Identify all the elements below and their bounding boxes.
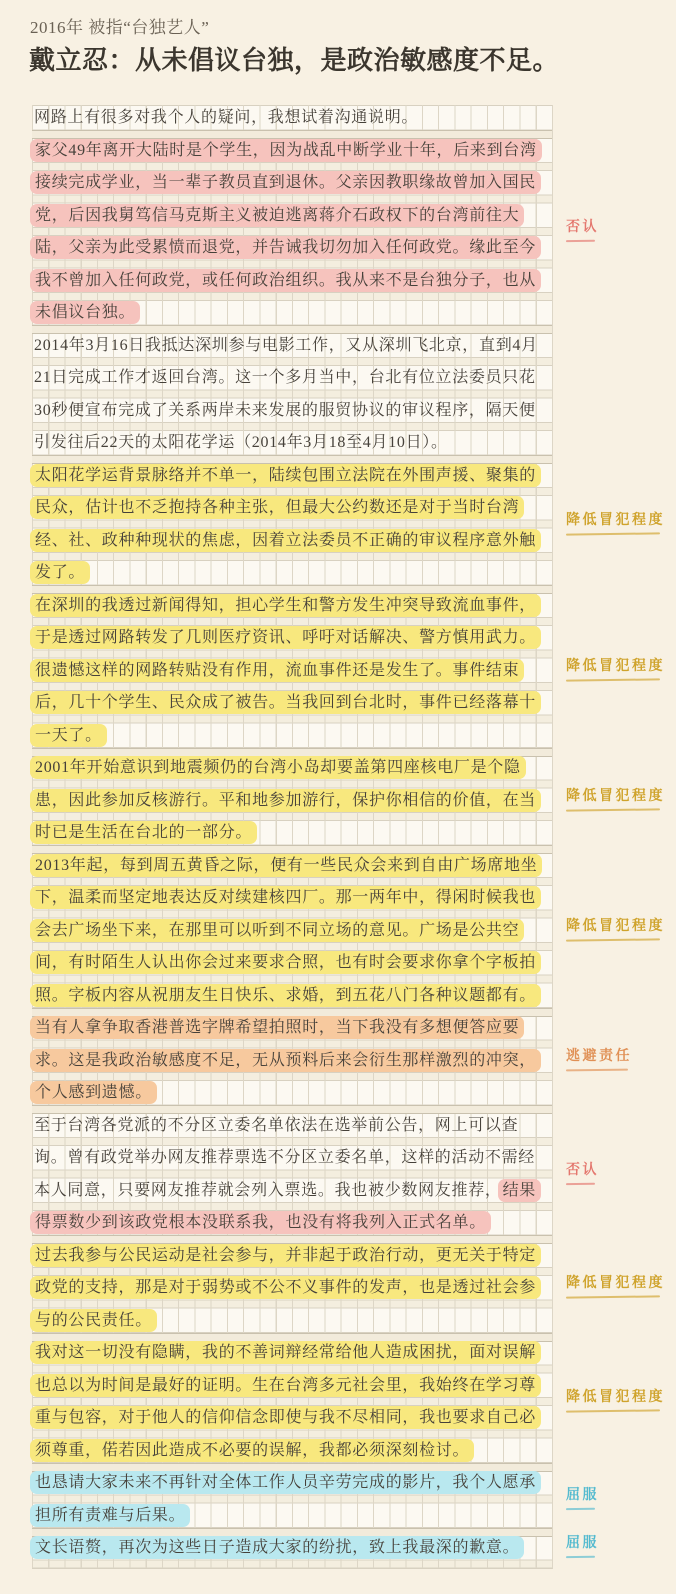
annotation-label: 否认 [566, 220, 599, 235]
text-line: 也恳请大家未来不再针对全体工作人员辛劳完成的影片，我个人愿承 [34, 1471, 536, 1496]
annotation-label: 降低冒犯程度 [566, 513, 665, 528]
annotation-label: 屈服 [566, 1488, 599, 1503]
text-line: 我不曾加入任何政党，或任何政治组织。我从来不是台独分子，也从 [34, 269, 536, 294]
annotation-underline [566, 240, 595, 242]
highlighted-text-segment: 未倡议台独。 [30, 301, 140, 324]
margin-annotation-minimize: 降低冒犯程度 [566, 788, 665, 811]
text-line: 至于台湾各党派的不分区立委名单依法在选举前公告，网上可以查 [34, 1114, 518, 1139]
text-line: 民众，估计也不乏抱持各种主张，但最大公约数还是对于当时台湾 [34, 496, 519, 521]
highlighted-text-segment: 后，几十个学生、民众成了被告。当我回到台北时，事件已经落幕十 [30, 691, 541, 714]
annotation-underline [566, 678, 660, 681]
highlighted-text-segment: 也恳请大家未来不再针对全体工作人员辛劳完成的影片，我个人愿承 [30, 1471, 541, 1494]
highlighted-text-segment: 经、社、政种种现状的焦虑，因着立法委员不正确的审议程序意外触 [30, 529, 541, 552]
text-line: 得票数少到该政党根本没联系我，也没有将我列入正式名单。 [34, 1211, 486, 1236]
annotation-underline [566, 1507, 595, 1509]
text-line: 下，温柔而坚定地表达反对续建核四厂。那一两年中，得闲时候我也 [34, 886, 536, 911]
text-line: 很遗憾这样的网路转贴没有作用，流血事件还是发生了。事件结束 [34, 659, 519, 684]
highlighted-text-segment: 我对这一切没有隐瞒，我的不善词辩经常给他人造成困扰，面对误解 [30, 1341, 541, 1364]
highlighted-text-segment: 个人感到遗憾。 [30, 1081, 157, 1104]
annotation-label: 降低冒犯程度 [566, 1390, 665, 1405]
text-line: 21日完成工作才返回台湾。这一个多月当中，台北有位立法委员只花 [34, 366, 536, 391]
text-line: 须尊重，偌若因此造成不必要的误解，我都必须深刻检讨。 [34, 1439, 469, 1464]
text-line: 当有人拿争取香港普选字牌希望拍照时，当下我没有多想便答应要 [34, 1016, 519, 1041]
text-line: 接续完成学业，当一辈子教员直到退休。父亲因教职缘故曾加入国民 [34, 171, 536, 196]
text-segment: 网路上有很多对我个人的疑问，我想试着沟通说明。 [34, 109, 418, 126]
margin-annotation-minimize: 降低冒犯程度 [566, 1275, 665, 1298]
text-line: 过去我参与公民运动是社会参与，并非起于政治行动，更无关于特定 [34, 1244, 536, 1269]
text-segment: 引发往后22天的太阳花学运（2014年3月18至4月10日）。 [34, 434, 448, 451]
text-line: 求。这是我政治敏感度不足，无从预料后来会衍生那样激烈的冲突， [34, 1049, 536, 1074]
text-line: 引发往后22天的太阳花学运（2014年3月18至4月10日）。 [34, 431, 448, 456]
annotation-label: 降低冒犯程度 [566, 1276, 665, 1291]
text-line: 政党的支持，那是对于弱势或不公不义事件的发声，也是透过社会参 [34, 1276, 536, 1301]
text-line: 2013年起，每到周五黄昏之际，便有一些民众会来到自由广场席地坐 [34, 854, 537, 879]
text-line: 发了。 [34, 561, 85, 586]
highlighted-text-segment: 须尊重，偌若因此造成不必要的误解，我都必须深刻检讨。 [30, 1439, 474, 1462]
highlighted-text-segment: 文长语赘，再次为这些日子造成大家的纷扰，致上我最深的歉意。 [30, 1536, 524, 1559]
page-title: 戴立忍：从未倡议台独，是政治敏感度不足。 [29, 40, 559, 77]
margin-annotation-evade: 逃避责任 [566, 1048, 632, 1071]
highlighted-text-segment: 2013年起，每到周五黄昏之际，便有一些民众会来到自由广场席地坐 [30, 854, 542, 877]
highlighted-text-segment: 发了。 [30, 561, 90, 584]
text-line: 文长语赘，再次为这些日子造成大家的纷扰，致上我最深的歉意。 [34, 1536, 519, 1561]
text-line: 2014年3月16日我抵达深圳参与电影工作，又从深圳飞北京，直到4月 [34, 334, 538, 359]
text-segment: 本人同意，只要网友推荐就会列入票选。我也被少数网友推荐， [34, 1182, 502, 1199]
highlighted-text-segment: 间，有时陌生人认出你会过来要求合照，也有时会要求你拿个字板拍 [30, 951, 541, 974]
text-line: 于是透过网路转发了几则医疗资讯、呼吁对话解决、警方慎用武力。 [34, 626, 536, 651]
highlighted-text-segment: 于是透过网路转发了几则医疗资讯、呼吁对话解决、警方慎用武力。 [30, 626, 541, 649]
text-segment: 询。曾有政党举办网友推荐票选不分区立委名单，这样的活动不需经 [34, 1149, 535, 1166]
highlighted-text-segment: 时已是生活在台北的一部分。 [30, 821, 257, 844]
text-segment: 2014年3月16日我抵达深圳参与电影工作，又从深圳飞北京，直到4月 [34, 337, 538, 354]
annotation-underline [566, 1409, 660, 1412]
text-line: 询。曾有政党举办网友推荐票选不分区立委名单，这样的活动不需经 [34, 1146, 535, 1171]
text-line: 间，有时陌生人认出你会过来要求合照，也有时会要求你拿个字板拍 [34, 951, 536, 976]
text-line: 陆，父亲为此受累愤而退党，并告诫我切勿加入任何政党。缘此至今 [34, 236, 536, 261]
text-line: 太阳花学运背景脉络并不单一，陆续包围立法院在外围声援、聚集的 [34, 464, 536, 489]
margin-annotation-minimize: 降低冒犯程度 [566, 918, 665, 941]
margin-annotation-deny: 否认 [566, 219, 599, 242]
highlighted-text-segment: 得票数少到该政党根本没联系我，也没有将我列入正式名单。 [30, 1211, 491, 1234]
text-line: 经、社、政种种现状的焦虑，因着立法委员不正确的审议程序意外触 [34, 529, 536, 554]
annotation-underline [566, 938, 660, 941]
highlighted-text-segment: 党，后因我舅笃信马克斯主义被迫逃离蒋介石政权下的台湾前往大 [30, 204, 524, 227]
text-line: 未倡议台独。 [34, 301, 135, 326]
highlighted-text-segment: 结果 [498, 1179, 541, 1202]
text-line: 与的公民责任。 [34, 1309, 152, 1334]
text-line: 会去广场坐下来，在那里可以听到不同立场的意见。广场是公共空 [34, 919, 519, 944]
highlighted-text-segment: 担所有责难与后果。 [30, 1504, 190, 1527]
annotation-underline [566, 1296, 660, 1299]
kicker-label: 2016年 被指“台独艺人” [30, 13, 209, 38]
text-line: 家父49年离开大陆时是个学生，因为战乱中断学业十年，后来到台湾 [34, 139, 537, 164]
annotation-label: 降低冒犯程度 [566, 919, 665, 934]
margin-annotation-minimize: 降低冒犯程度 [566, 512, 665, 535]
annotation-underline [566, 1182, 595, 1184]
margin-annotation-deny: 否认 [566, 1162, 599, 1185]
text-line: 一天了。 [34, 724, 102, 749]
highlighted-text-segment: 太阳花学运背景脉络并不单一，陆续包围立法院在外围声援、聚集的 [30, 464, 541, 487]
highlighted-text-segment: 家父49年离开大陆时是个学生，因为战乱中断学业十年，后来到台湾 [30, 139, 542, 162]
annotation-label: 否认 [566, 1163, 599, 1178]
text-line: 担所有责难与后果。 [34, 1504, 185, 1529]
annotation-label: 降低冒犯程度 [566, 659, 665, 674]
text-line: 照。字板内容从祝朋友生日快乐、求婚，到五花八门各种议题都有。 [34, 984, 536, 1009]
highlighted-text-segment: 2001年开始意识到地震频仍的台湾小岛却要盖第四座核电厂是个隐 [30, 756, 526, 779]
manuscript-grid: 网路上有很多对我个人的疑问，我想试着沟通说明。家父49年离开大陆时是个学生，因为… [32, 105, 553, 1569]
margin-annotation-minimize: 降低冒犯程度 [566, 1389, 665, 1412]
highlighted-text-segment: 在深圳的我透过新闻得知，担心学生和警方发生冲突导致流血事件， [30, 594, 541, 617]
text-line: 后，几十个学生、民众成了被告。当我回到台北时，事件已经落幕十 [34, 691, 536, 716]
highlighted-text-segment: 会去广场坐下来，在那里可以听到不同立场的意见。广场是公共空 [30, 919, 524, 942]
highlighted-text-segment: 很遗憾这样的网路转贴没有作用，流血事件还是发生了。事件结束 [30, 659, 524, 682]
highlighted-text-segment: 民众，估计也不乏抱持各种主张，但最大公约数还是对于当时台湾 [30, 496, 524, 519]
text-line: 患，因此参加反核游行。平和地参加游行，保护你相信的价值，在当 [34, 789, 536, 814]
text-line: 网路上有很多对我个人的疑问，我想试着沟通说明。 [34, 106, 418, 131]
margin-annotation-submit: 屈服 [566, 1487, 599, 1510]
highlighted-text-segment: 患，因此参加反核游行。平和地参加游行，保护你相信的价值，在当 [30, 789, 541, 812]
annotation-underline [566, 808, 660, 811]
page: { "header": { "kicker": "2016年 被指“台独艺人”"… [0, 0, 676, 1594]
annotation-underline [566, 1068, 628, 1071]
highlighted-text-segment: 也总以为时间是最好的证明。生在台湾多元社会里，我始终在学习尊 [30, 1374, 541, 1397]
highlighted-text-segment: 当有人拿争取香港普选字牌希望拍照时，当下我没有多想便答应要 [30, 1016, 524, 1039]
text-segment: 至于台湾各党派的不分区立委名单依法在选举前公告，网上可以查 [34, 1117, 518, 1134]
text-segment: 21日完成工作才返回台湾。这一个多月当中，台北有位立法委员只花 [34, 369, 536, 386]
text-line: 也总以为时间是最好的证明。生在台湾多元社会里，我始终在学习尊 [34, 1374, 536, 1399]
text-line: 时已是生活在台北的一部分。 [34, 821, 252, 846]
highlighted-text-segment: 接续完成学业，当一辈子教员直到退休。父亲因教职缘故曾加入国民 [30, 171, 541, 194]
highlighted-text-segment: 重与包容，对于他人的信仰信念即使与我不尽相同，我也要求自己必 [30, 1406, 541, 1429]
highlighted-text-segment: 一天了。 [30, 724, 107, 747]
margin-annotation-minimize: 降低冒犯程度 [566, 658, 665, 681]
text-line: 30秒便宣布完成了关系两岸未来发展的服贸协议的审议程序，隔天便 [34, 399, 536, 424]
highlighted-text-segment: 下，温柔而坚定地表达反对续建核四厂。那一两年中，得闲时候我也 [30, 886, 541, 909]
text-segment: 30秒便宣布完成了关系两岸未来发展的服贸协议的审议程序，隔天便 [34, 402, 536, 419]
highlighted-text-segment: 政党的支持，那是对于弱势或不公不义事件的发声，也是透过社会参 [30, 1276, 541, 1299]
text-line: 党，后因我舅笃信马克斯主义被迫逃离蒋介石政权下的台湾前往大 [34, 204, 519, 229]
annotation-label: 逃避责任 [566, 1049, 632, 1064]
annotation-underline [566, 1556, 595, 1558]
text-line: 重与包容，对于他人的信仰信念即使与我不尽相同，我也要求自己必 [34, 1406, 536, 1431]
text-line: 个人感到遗憾。 [34, 1081, 152, 1106]
highlighted-text-segment: 求。这是我政治敏感度不足，无从预料后来会衍生那样激烈的冲突， [30, 1049, 541, 1072]
text-line: 本人同意，只要网友推荐就会列入票选。我也被少数网友推荐，结果 [34, 1179, 536, 1204]
highlighted-text-segment: 我不曾加入任何政党，或任何政治组织。我从来不是台独分子，也从 [30, 269, 541, 292]
annotation-label: 降低冒犯程度 [566, 789, 665, 804]
margin-annotation-submit: 屈服 [566, 1535, 599, 1558]
annotation-label: 屈服 [566, 1536, 599, 1551]
annotation-underline [566, 532, 660, 535]
highlighted-text-segment: 陆，父亲为此受累愤而退党，并告诫我切勿加入任何政党。缘此至今 [30, 236, 541, 259]
highlighted-text-segment: 与的公民责任。 [30, 1309, 157, 1332]
highlighted-text-segment: 照。字板内容从祝朋友生日快乐、求婚，到五花八门各种议题都有。 [30, 984, 541, 1007]
text-line: 2001年开始意识到地震频仍的台湾小岛却要盖第四座核电厂是个隐 [34, 756, 521, 781]
highlighted-text-segment: 过去我参与公民运动是社会参与，并非起于政治行动，更无关于特定 [30, 1244, 541, 1267]
text-line: 在深圳的我透过新闻得知，担心学生和警方发生冲突导致流血事件， [34, 594, 536, 619]
text-line: 我对这一切没有隐瞒，我的不善词辩经常给他人造成困扰，面对误解 [34, 1341, 536, 1366]
